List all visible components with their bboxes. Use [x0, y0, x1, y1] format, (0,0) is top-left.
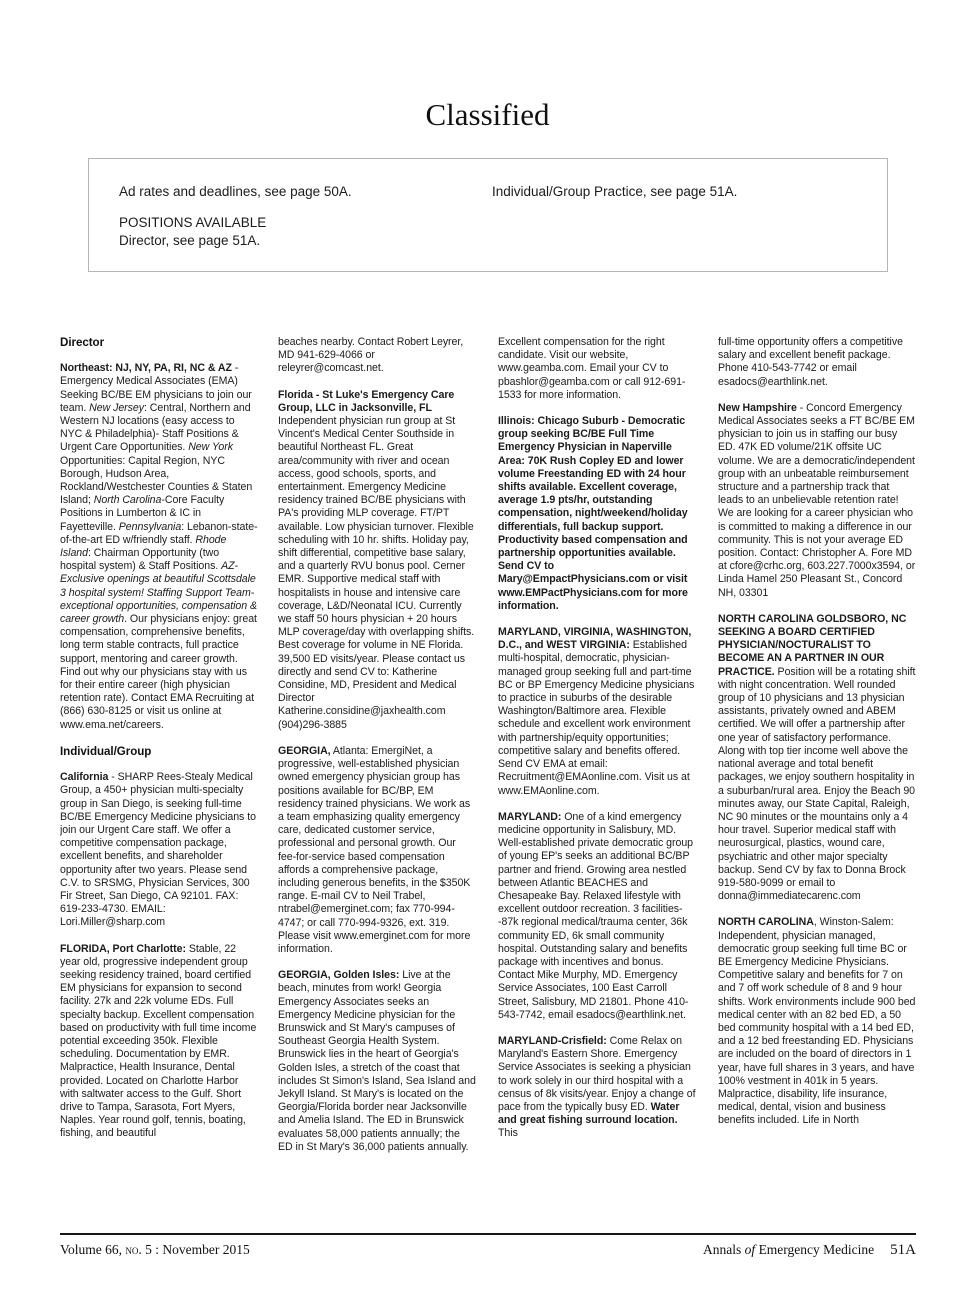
text-run: GEORGIA, — [278, 745, 331, 757]
text-run: of — [745, 1242, 756, 1257]
volume-info: Volume 66, no. 5 : November 2015 — [60, 1242, 250, 1258]
ad-paragraph: MARYLAND-Crisfield: Come Relax on Maryla… — [498, 1035, 696, 1141]
ad-column-2: beaches nearby. Contact Robert Leyrer, M… — [278, 336, 476, 1231]
text-run: - Concord Emergency Medical Associates s… — [718, 402, 915, 599]
text-run: Northeast: NJ, NY, PA, RI, NC & AZ — [60, 362, 232, 374]
text-run: 51A — [890, 1242, 916, 1258]
text-run: Florida - St Luke's Emergency Care Group… — [278, 389, 454, 414]
ad-paragraph: MARYLAND, VIRGINIA, WASHINGTON, D.C., an… — [498, 626, 696, 798]
text-run: California — [60, 771, 108, 783]
ad-paragraph: GEORGIA, Atlanta: EmergiNet, a progressi… — [278, 745, 476, 956]
ad-paragraph: Northeast: NJ, NY, PA, RI, NC & AZ - Eme… — [60, 362, 258, 732]
text-run: GEORGIA, Golden Isles: — [278, 969, 399, 981]
ad-paragraph: FLORIDA, Port Charlotte: Stable, 22 year… — [60, 943, 258, 1141]
text-run: beaches nearby. Contact Robert Leyrer, M… — [278, 336, 463, 374]
ad-paragraph: full-time opportunity offers a competiti… — [718, 336, 916, 389]
section-heading: Individual/Group — [60, 745, 258, 758]
text-run: Illinois: Chicago Suburb - Democratic gr… — [498, 415, 688, 612]
text-run: This — [498, 1127, 518, 1139]
positions-available-heading: POSITIONS AVAILABLE — [119, 214, 352, 232]
text-run: Live at the beach, minutes from work! Ge… — [278, 969, 476, 1153]
text-run: full-time opportunity offers a competiti… — [718, 336, 903, 388]
text-run: . Our physicians enjoy: great compensati… — [60, 613, 257, 731]
text-run: no. 5 — [125, 1242, 152, 1257]
info-box-right: Individual/Group Practice, see page 51A. — [492, 183, 737, 201]
text-run: Atlanta: EmergiNet, a progressive, well-… — [278, 745, 470, 955]
ad-paragraph: GEORGIA, Golden Isles: Live at the beach… — [278, 969, 476, 1154]
director-note: Director, see page 51A. — [119, 232, 352, 250]
ad-paragraph: Excellent compensation for the right can… — [498, 336, 696, 402]
info-box: Ad rates and deadlines, see page 50A. PO… — [88, 158, 888, 272]
info-box-left: Ad rates and deadlines, see page 50A. PO… — [119, 183, 352, 250]
individual-group-note: Individual/Group Practice, see page 51A. — [492, 183, 737, 201]
classified-page: Classified Ad rates and deadlines, see p… — [0, 0, 975, 1305]
ad-paragraph: Illinois: Chicago Suburb - Democratic gr… — [498, 415, 696, 613]
text-run: Emergency Medicine — [755, 1242, 874, 1257]
text-run: Annals — [703, 1242, 745, 1257]
ad-column-4: full-time opportunity offers a competiti… — [718, 336, 916, 1231]
ad-paragraph: NORTH CAROLINA GOLDSBORO, NC SEEKING A B… — [718, 613, 916, 903]
text-run: : November 2015 — [152, 1242, 250, 1257]
ad-column-1: DirectorNortheast: NJ, NY, PA, RI, NC & … — [60, 336, 258, 1231]
text-run: North Carolina — [94, 494, 162, 506]
ad-paragraph: beaches nearby. Contact Robert Leyrer, M… — [278, 336, 476, 376]
text-run: Pennsylvania — [119, 521, 181, 533]
ad-column-3: Excellent compensation for the right can… — [498, 336, 696, 1231]
text-run: FLORIDA, Port Charlotte: — [60, 943, 186, 955]
page-title: Classified — [0, 97, 975, 133]
journal-name-page-number: Annals of Emergency Medicine51A — [703, 1242, 916, 1259]
ad-paragraph: MARYLAND: One of a kind emergency medici… — [498, 811, 696, 1022]
text-run: Director — [60, 336, 104, 349]
text-run: Volume 66, — [60, 1242, 125, 1257]
text-run: NORTH CAROLINA — [718, 916, 814, 928]
text-run: Position will be a rotating shift with n… — [718, 666, 915, 902]
page-footer: Volume 66, no. 5 : November 2015 Annals … — [60, 1242, 916, 1259]
text-run: MARYLAND: — [498, 811, 561, 823]
ad-paragraph: California - SHARP Rees-Stealy Medical G… — [60, 771, 258, 929]
text-run: One of a kind emergency medicine opportu… — [498, 811, 693, 1021]
text-run: MARYLAND-Crisfield: — [498, 1035, 607, 1047]
text-run: New Jersey — [89, 402, 144, 414]
text-run: Established multi-hospital, democratic, … — [498, 639, 694, 796]
text-run: Stable, 22 year old, progressive indepen… — [60, 943, 256, 1140]
text-run: Independent physician run group at St Vi… — [278, 415, 474, 731]
text-run: New York — [188, 441, 233, 453]
ad-paragraph: Florida - St Luke's Emergency Care Group… — [278, 389, 476, 732]
section-heading: Director — [60, 336, 258, 349]
footer-rule — [60, 1233, 916, 1235]
text-run: , Winston-Salem: Independent, physician … — [718, 916, 915, 1126]
text-run: - SHARP Rees-Stealy Medical Group, a 450… — [60, 771, 256, 928]
ad-paragraph: NORTH CAROLINA, Winston-Salem: Independe… — [718, 916, 916, 1127]
ad-paragraph: New Hampshire - Concord Emergency Medica… — [718, 402, 916, 600]
text-run: Individual/Group — [60, 745, 151, 758]
ad-rates-note: Ad rates and deadlines, see page 50A. — [119, 183, 352, 201]
text-run: New Hampshire — [718, 402, 797, 414]
text-run: Excellent compensation for the right can… — [498, 336, 685, 401]
